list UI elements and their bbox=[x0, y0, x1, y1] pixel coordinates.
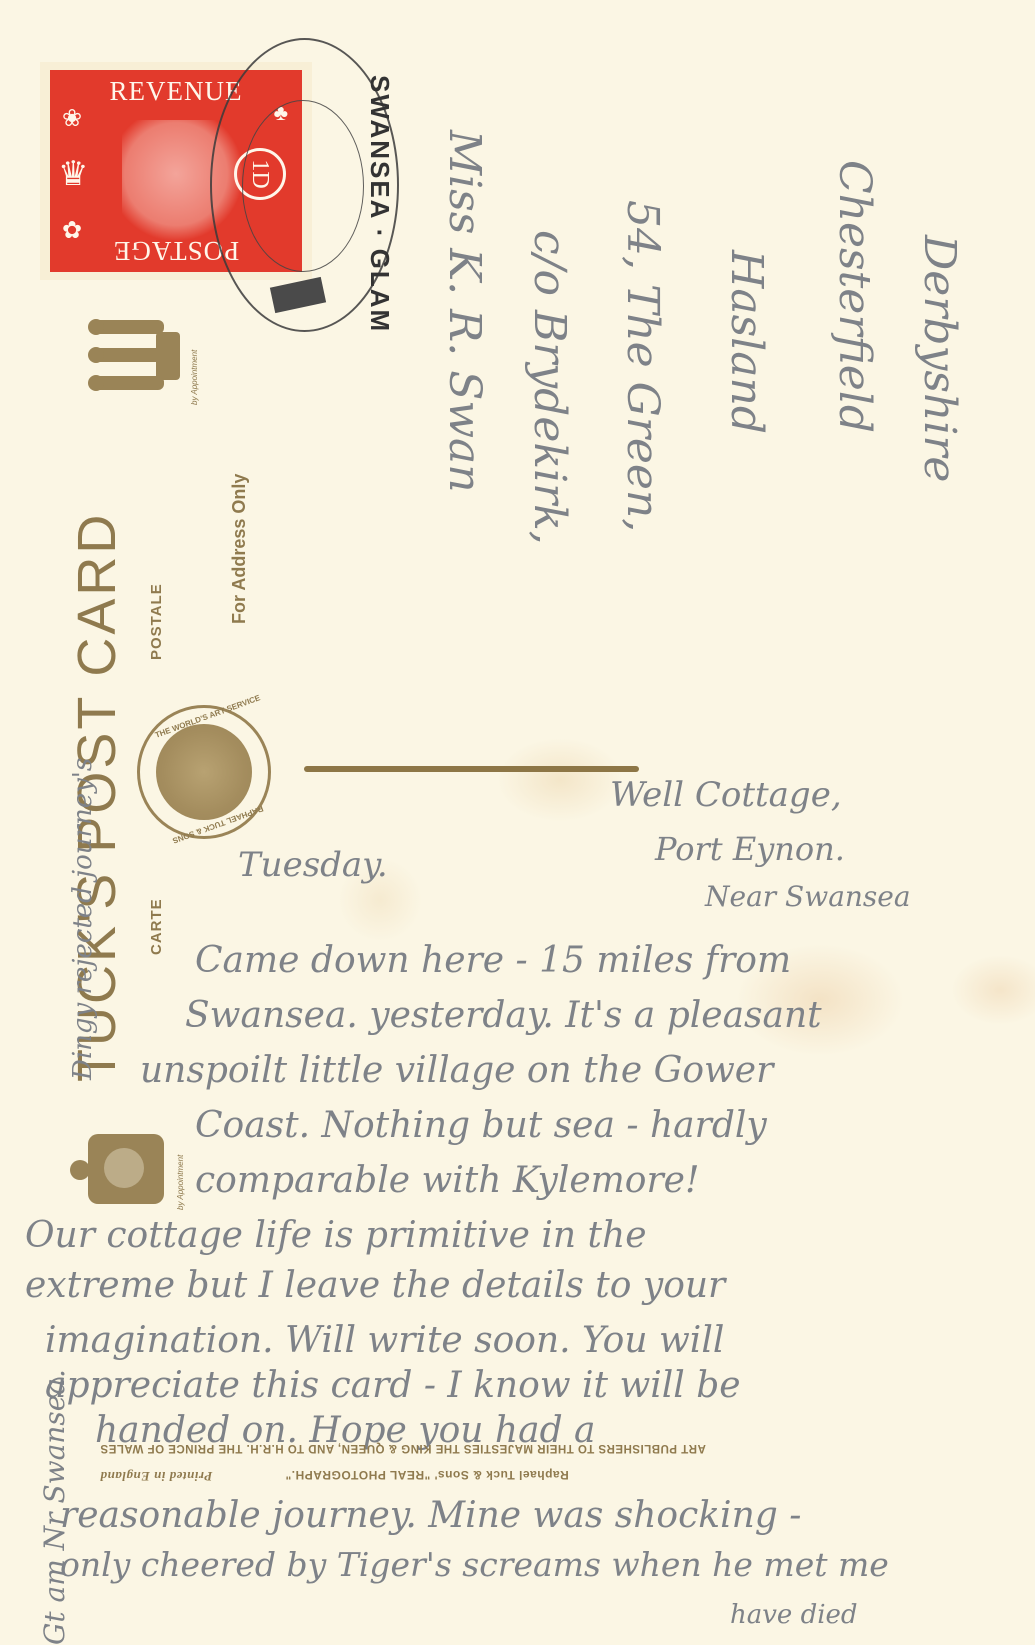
message-line: Came down here - 15 miles from bbox=[195, 940, 791, 981]
margin-note-line-2: Dingy rejected journey's bbox=[68, 758, 98, 1080]
message-line: extreme but I leave the details to your bbox=[25, 1265, 725, 1306]
message-line: imagination. Will write soon. You will bbox=[45, 1320, 724, 1361]
message-line: Our cottage life is primitive in the bbox=[25, 1215, 647, 1256]
message-line: comparable with Kylemore! bbox=[195, 1160, 699, 1201]
publisher-line: ART PUBLISHERS TO THEIR MAJESTIES THE KI… bbox=[100, 1442, 706, 1454]
message-line: reasonable journey. Mine was shocking - bbox=[60, 1495, 801, 1536]
message-line: have died bbox=[730, 1600, 858, 1630]
real-photograph-line: Raphael Tuck & Sons' "REAL PHOTOGRAPH." bbox=[285, 1468, 569, 1482]
message-line: only cheered by Tiger's screams when he … bbox=[60, 1545, 889, 1584]
message-line: unspoilt little village on the Gower bbox=[140, 1050, 773, 1091]
message-line: Swansea. yesterday. It's a pleasant bbox=[185, 995, 822, 1036]
message-body: Came down here - 15 miles from Swansea. … bbox=[0, 0, 1035, 1645]
printed-in-england: Printed in England bbox=[100, 1468, 212, 1484]
message-line: appreciate this card - I know it will be bbox=[45, 1365, 741, 1406]
message-line: Coast. Nothing but sea - hardly bbox=[195, 1105, 767, 1146]
margin-note-line-1: Gt am Nr Swansea. bbox=[38, 1369, 71, 1645]
